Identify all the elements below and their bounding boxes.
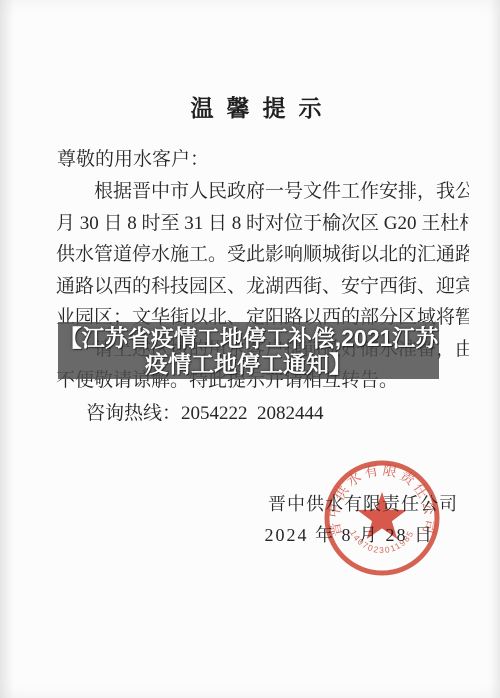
hotline-numbers: 咨询热线：2054222 2082444	[86, 398, 324, 425]
body-line: 根据晋中市人民政府一号文件工作安排，我公司定于 8	[56, 176, 469, 208]
body-line: 月 30 日 8 时至 31 日 8 时对位于榆次区 G20 王杜村 DN800…	[56, 208, 469, 240]
signature-date: 2024 年 8 月 28 日	[265, 521, 435, 547]
watermark-line-1: 【江苏省疫情工地停工补偿,2021江苏	[59, 325, 439, 351]
watermark-banner: 【江苏省疫情工地停工补偿,2021江苏 疫情工地停工通知】	[58, 322, 439, 379]
notice-title: 温馨提示	[56, 90, 469, 123]
company-name: 晋中供水有限责任公司	[268, 490, 458, 516]
company-stamp: 晋中供水有限责任公司 1407023011985	[312, 448, 452, 588]
scanned-notice-page: 温馨提示 尊敬的用水客户： 根据晋中市人民政府一号文件工作安排，我公司定于 8 …	[0, 0, 500, 698]
body-line: 供水管道停水施工。受此影响顺城街以北的汇通路两侧；汇	[56, 239, 469, 271]
watermark-line-2: 疫情工地停工通知】	[145, 351, 352, 377]
greeting-line: 尊敬的用水客户：	[57, 144, 209, 171]
body-line: 通路以西的科技园区、龙湖西街、安宁西街、迎宾西街、工	[56, 271, 469, 303]
